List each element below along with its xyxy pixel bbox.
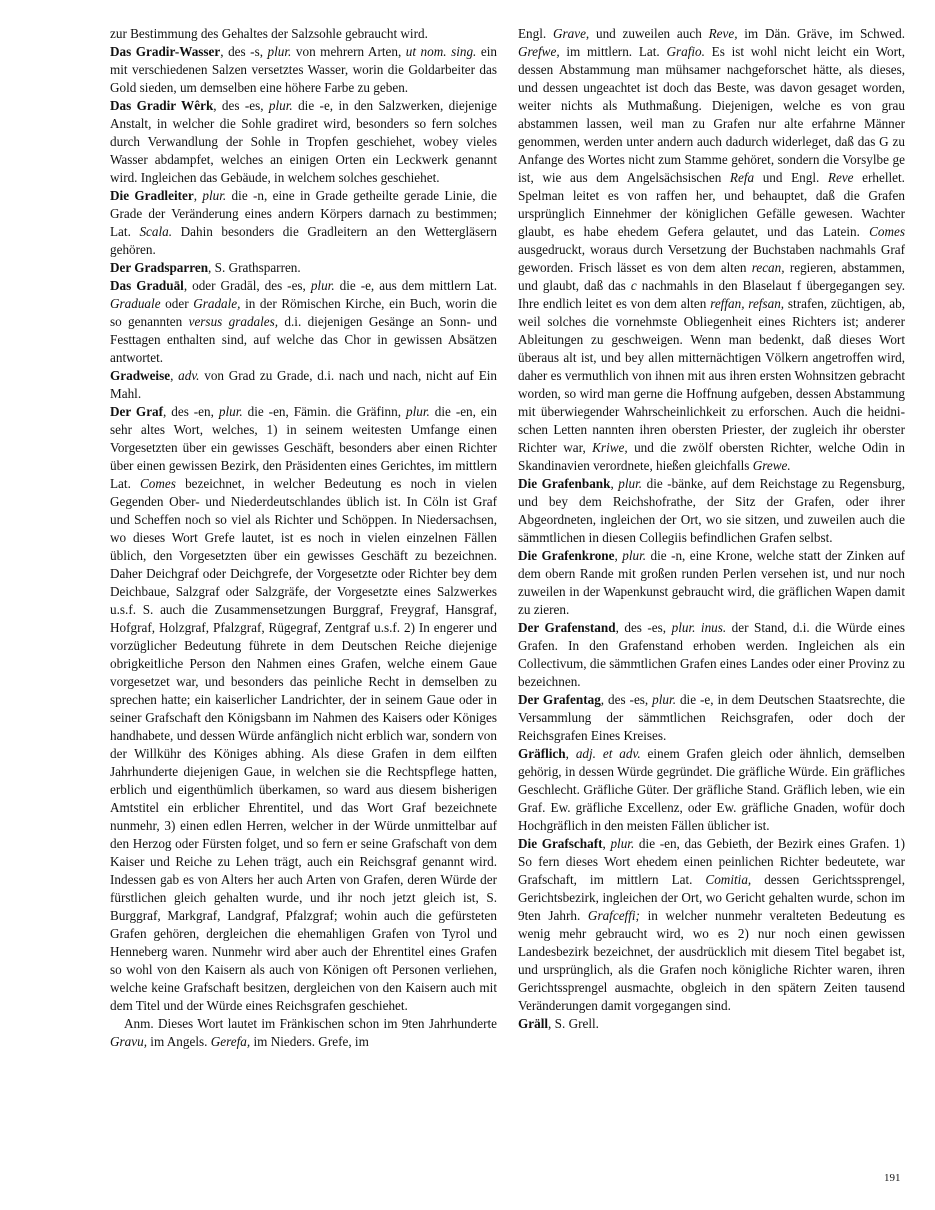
italic-term: Kriwe, bbox=[592, 440, 628, 455]
dictionary-entry: Gräflich, adj. et adv. einem Grafen glei… bbox=[518, 745, 905, 835]
italic-term: adv. bbox=[178, 368, 199, 383]
italic-term: Reve bbox=[828, 170, 854, 185]
italic-term: plur. bbox=[269, 98, 293, 113]
entry-text: im Angels. bbox=[147, 1034, 211, 1049]
italic-term: plur. bbox=[610, 836, 634, 851]
dictionary-entry: Anm. Dieses Wort lautet im Fränkischen s… bbox=[110, 1015, 497, 1051]
entry-text: von mehrern Arten, bbox=[291, 44, 405, 59]
italic-term: Gerefa, bbox=[211, 1034, 250, 1049]
dictionary-entry: Engl. Grave, und zuweilen auch Reve, im … bbox=[518, 25, 905, 475]
entry-headword: Die Gradleiter bbox=[110, 188, 194, 203]
italic-term: Comes bbox=[140, 476, 176, 491]
entry-text: , oder Gradāl, des -es, bbox=[184, 278, 311, 293]
entry-text: Es ist wohl nicht leicht ein Wort, desse… bbox=[518, 44, 905, 185]
dictionary-entry: Der Gradsparren, S. Grathsparren. bbox=[110, 259, 497, 277]
entry-headword: Die Grafenbank bbox=[518, 476, 610, 491]
entry-headword: Die Grafschaft bbox=[518, 836, 603, 851]
dictionary-entry: zur Bestimmung des Gehaltes der Salzsohl… bbox=[110, 25, 497, 43]
entry-text: , des -es, bbox=[616, 620, 672, 635]
italic-term: Grewe. bbox=[753, 458, 791, 473]
italic-term: Comes bbox=[869, 224, 905, 239]
entry-text: im mittlern. Lat. bbox=[560, 44, 667, 59]
dictionary-entry: Der Grafentag, des -es, plur. die -e, in… bbox=[518, 691, 905, 745]
entry-text: im Dän. Gräve, im Schwed. bbox=[738, 26, 906, 41]
entry-headword: Der Grafenstand bbox=[518, 620, 616, 635]
entry-text: , bbox=[566, 746, 576, 761]
entry-text: strafen, züchtigen, ab, weil solches die… bbox=[518, 296, 905, 455]
entry-text: , des -s, bbox=[220, 44, 267, 59]
italic-term: plur. inus. bbox=[672, 620, 727, 635]
italic-term: plur. bbox=[652, 692, 676, 707]
entry-text: oder bbox=[161, 296, 194, 311]
entry-text: , S. Grell. bbox=[548, 1016, 599, 1031]
entry-text: Anm. Dieses Wort lautet im Fränkischen s… bbox=[124, 1016, 497, 1031]
dictionary-entry: Der Graf, des -en, plur. die -en, Fämin.… bbox=[110, 403, 497, 1015]
entry-headword: Gräflich bbox=[518, 746, 566, 761]
italic-term: Grafio. bbox=[666, 44, 704, 59]
left-column: zur Bestimmung des Gehaltes der Salzsohl… bbox=[110, 25, 497, 1051]
italic-term: Grave, bbox=[553, 26, 589, 41]
entry-headword: Der Graf bbox=[110, 404, 163, 419]
italic-term: Comitia, bbox=[705, 872, 751, 887]
entry-text: und Engl. bbox=[754, 170, 828, 185]
entry-text: bezeichnet, in welcher Bedeutung es noch… bbox=[110, 476, 497, 1013]
italic-term: plur. bbox=[219, 404, 243, 419]
right-column: Engl. Grave, und zuweilen auch Reve, im … bbox=[518, 25, 905, 1033]
italic-term: adj. et adv. bbox=[576, 746, 641, 761]
dictionary-entry: Die Grafenbank, plur. die -bänke, auf de… bbox=[518, 475, 905, 547]
entry-text: , bbox=[170, 368, 178, 383]
italic-term: Grafceffi; bbox=[588, 908, 640, 923]
entry-text: zur Bestimmung des Gehaltes der Salzsohl… bbox=[110, 26, 428, 41]
entry-headword: Das Graduāl bbox=[110, 278, 184, 293]
italic-term: Graduale bbox=[110, 296, 161, 311]
entry-text: , des -es, bbox=[601, 692, 652, 707]
italic-term: Reve, bbox=[709, 26, 738, 41]
italic-term: plur. bbox=[618, 476, 642, 491]
italic-term: versus gradales, bbox=[189, 314, 278, 329]
italic-term: reffan, refsan, bbox=[710, 296, 784, 311]
entry-headword: Gradweise bbox=[110, 368, 170, 383]
entry-headword: Die Grafenkrone bbox=[518, 548, 615, 563]
italic-term: plur. bbox=[406, 404, 430, 419]
entry-headword: Das Gradir Wêrk bbox=[110, 98, 213, 113]
dictionary-entry: Die Gradleiter, plur. die -n, eine in Gr… bbox=[110, 187, 497, 259]
entry-text: , des -en, bbox=[163, 404, 219, 419]
entry-text: , des -es, bbox=[213, 98, 269, 113]
italic-term: Gradale, bbox=[193, 296, 240, 311]
entry-text: die -e, aus dem mittlern Lat. bbox=[335, 278, 497, 293]
entry-headword: Gräll bbox=[518, 1016, 548, 1031]
italic-term: Gravu, bbox=[110, 1034, 147, 1049]
italic-term: Refa bbox=[730, 170, 754, 185]
dictionary-entry: Gräll, S. Grell. bbox=[518, 1015, 905, 1033]
dictionary-entry: Die Grafschaft, plur. die -en, das Gebie… bbox=[518, 835, 905, 1015]
italic-term: Scala. bbox=[139, 224, 172, 239]
dictionary-entry: Die Grafenkrone, plur. die -n, eine Kron… bbox=[518, 547, 905, 619]
entry-text: in welcher nunmehr veralteten Bedeutung … bbox=[518, 908, 905, 1013]
dictionary-entry: Der Grafenstand, des -es, plur. inus. de… bbox=[518, 619, 905, 691]
italic-term: recan, bbox=[752, 260, 785, 275]
italic-term: plur. bbox=[268, 44, 292, 59]
dictionary-entry: Das Gradir Wêrk, des -es, plur. die -e, … bbox=[110, 97, 497, 187]
italic-term: plur. bbox=[622, 548, 646, 563]
dictionary-entry: Das Graduāl, oder Gradāl, des -es, plur.… bbox=[110, 277, 497, 367]
entry-text: und zuweilen auch bbox=[589, 26, 708, 41]
entry-text: im Nieders. Grefe, im bbox=[250, 1034, 369, 1049]
italic-term: ut nom. sing. bbox=[406, 44, 477, 59]
entry-headword: Der Gradsparren bbox=[110, 260, 208, 275]
entry-text: Engl. bbox=[518, 26, 553, 41]
dictionary-entry: Das Gradir-Wasser, des -s, plur. von meh… bbox=[110, 43, 497, 97]
entry-headword: Der Grafentag bbox=[518, 692, 601, 707]
page-number: 191 bbox=[884, 1172, 901, 1184]
entry-text: die -en, Fämin. die Gräfinn, bbox=[243, 404, 406, 419]
entry-text: , S. Grathsparren. bbox=[208, 260, 301, 275]
italic-term: plur. bbox=[311, 278, 335, 293]
italic-term: plur. bbox=[202, 188, 226, 203]
italic-term: Grefwe, bbox=[518, 44, 560, 59]
entry-headword: Das Gradir-Wasser bbox=[110, 44, 220, 59]
dictionary-entry: Gradweise, adv. von Grad zu Grade, d.i. … bbox=[110, 367, 497, 403]
